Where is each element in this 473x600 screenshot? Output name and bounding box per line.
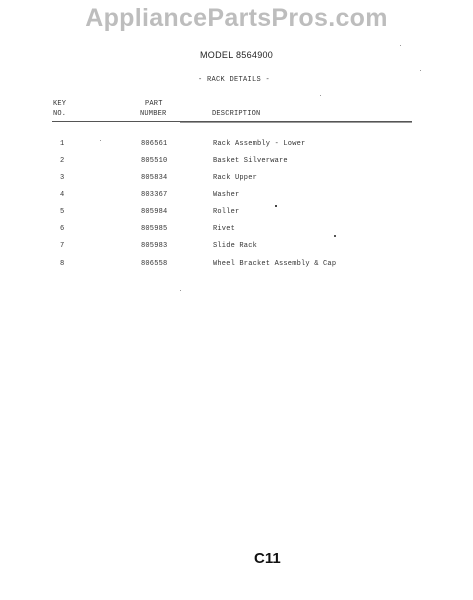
page-code: C11: [254, 550, 281, 567]
section-title: - RACK DETAILS -: [198, 76, 270, 84]
table-row: 2 805510 Basket Silverware: [0, 157, 473, 169]
table-row: 4 803367 Washer: [0, 191, 473, 203]
table-row: 3 805834 Rack Upper: [0, 174, 473, 186]
part-number: 805983: [141, 242, 167, 250]
key-number: 8: [60, 260, 64, 268]
part-header-line2: NUMBER: [140, 110, 166, 119]
key-number: 6: [60, 225, 64, 233]
key-header-line2: NO.: [53, 110, 66, 119]
part-number: 805510: [141, 157, 167, 165]
key-number: 1: [60, 140, 64, 148]
table-row: 6 805985 Rivet: [0, 225, 473, 237]
part-number: 806558: [141, 260, 167, 268]
part-header-line1: PART: [145, 100, 163, 109]
part-number: 805984: [141, 208, 167, 216]
part-number: 803367: [141, 191, 167, 199]
key-number: 7: [60, 242, 64, 250]
model-title: MODEL 8564900: [200, 50, 273, 60]
description-header: DESCRIPTION: [212, 110, 260, 119]
key-number: 5: [60, 208, 64, 216]
scan-speck: [320, 95, 321, 96]
part-description: Roller: [213, 208, 239, 216]
scan-speck: [275, 205, 277, 207]
header-divider-faint: [180, 122, 412, 123]
part-number: 806561: [141, 140, 167, 148]
table-row: 5 805984 Roller: [0, 208, 473, 220]
part-number: 805834: [141, 174, 167, 182]
part-description: Wheel Bracket Assembly & Cap: [213, 260, 336, 268]
key-number: 2: [60, 157, 64, 165]
part-description: Rivet: [213, 225, 235, 233]
table-row: 7 805983 Slide Rack: [0, 242, 473, 254]
key-number: 4: [60, 191, 64, 199]
part-description: Basket Silverware: [213, 157, 288, 165]
key-number: 3: [60, 174, 64, 182]
part-description: Slide Rack: [213, 242, 257, 250]
part-description: Rack Upper: [213, 174, 257, 182]
table-row: 8 806558 Wheel Bracket Assembly & Cap: [0, 260, 473, 272]
part-number: 805985: [141, 225, 167, 233]
key-header-line1: KEY: [53, 100, 66, 109]
scan-speck: [420, 70, 421, 71]
scan-speck: [334, 235, 336, 237]
watermark-logo: AppliancePartsPros.com: [0, 4, 473, 33]
part-description: Rack Assembly - Lower: [213, 140, 305, 148]
scan-speck: [180, 290, 181, 291]
scan-speck: [100, 140, 101, 141]
table-row: 1 806561 Rack Assembly - Lower: [0, 140, 473, 152]
scan-speck: [400, 45, 401, 46]
part-description: Washer: [213, 191, 239, 199]
